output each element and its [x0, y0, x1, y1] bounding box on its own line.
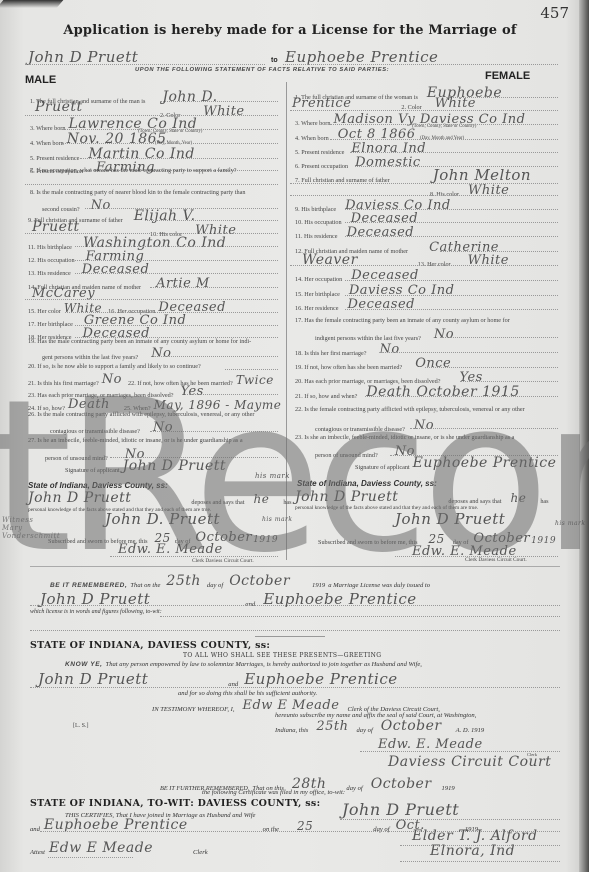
header-to-label: to	[271, 57, 278, 64]
male-witness-note: Witness Mary Vonderschmitt	[2, 516, 28, 540]
certificate-attest-signature: Edw E Meade	[49, 840, 153, 856]
remembered-day: 25th	[166, 573, 200, 589]
male-clerk-label: Clerk Daviess Circuit Court.	[192, 558, 254, 564]
female-q2-value: White	[435, 96, 476, 111]
male-q2-value: White	[203, 104, 244, 119]
female-affiant-signature: John D Pruett	[395, 510, 505, 528]
license-court-signature: Daviess Circuit Court	[388, 754, 551, 770]
female-q5-value: Elnora Ind	[351, 141, 426, 156]
male-label: MALE	[25, 74, 56, 86]
page-number: 457	[540, 4, 569, 22]
female-q11-label: 11. His residence	[295, 233, 338, 240]
female-q17-label: 17. Has the female contracting party bee…	[295, 317, 510, 324]
male-affiant: John D Pruett	[28, 490, 131, 506]
male-clerk-signature: Edw. E. Meade	[118, 542, 223, 557]
female-q23-label: 23. Is she an imbecile, feeble-minded, i…	[295, 434, 514, 441]
male-q7-label: 7. If no occupation, what means has the …	[30, 167, 237, 174]
document-page: 457 Application is hereby made for a Lic…	[0, 0, 589, 872]
female-q7-value: John Melton	[433, 166, 531, 184]
female-affiant-mark: his mark	[555, 520, 586, 527]
male-q4-value: Nov. 20 1865	[67, 131, 167, 147]
further-day-of: day of	[346, 785, 362, 792]
female-q21-label: 21. If so, how and when?	[295, 393, 357, 400]
remembered-text2: a Marriage License was duly issued to	[328, 582, 430, 589]
license-month: October	[381, 718, 442, 734]
female-q11-value: Deceased	[347, 225, 415, 240]
certificate-state-heading: STATE OF INDIANA, TO-WIT: DAVIESS COUNTY…	[30, 798, 320, 809]
remembered-year: 1919	[312, 582, 325, 589]
male-signature-label: Signature of applicant	[65, 467, 120, 474]
certificate-and: and	[30, 826, 40, 833]
male-q1-first: John D.	[162, 89, 217, 105]
license-clerk-name: Edw E Meade	[242, 698, 339, 713]
license-authority: and for so doing this shall be his suffi…	[178, 690, 317, 697]
male-affidavit-state: State of Indiana, Daviess County, ss:	[28, 481, 168, 490]
female-deposes-label: deposes and says that	[448, 498, 501, 505]
male-affiant-signature: John D. Pruett	[105, 510, 220, 528]
female-q3-label: 3. Where born	[295, 120, 330, 127]
female-q17-value: No	[434, 327, 454, 342]
female-q22-label: 22. Is the female contracting party affl…	[295, 406, 525, 413]
male-q27-label: 27. Is he an imbecile, feeble-minded, id…	[28, 437, 243, 444]
short-rule	[255, 636, 325, 637]
male-q19-label2: gent persons within the last five years?	[42, 354, 138, 361]
further-year: 1919	[442, 785, 455, 792]
female-affidavit-state: State of Indiana, Daviess County, ss:	[297, 479, 437, 488]
male-has-label: has	[283, 499, 291, 506]
male-q19-value: No	[151, 346, 171, 361]
male-q13-value: Deceased	[82, 262, 150, 277]
further-text2: the following Certificate was filed in m…	[202, 789, 345, 796]
male-affiant-mark: his mark	[262, 516, 293, 523]
female-q19-value: Once	[415, 356, 451, 371]
female-clerk-label: Clerk Daviess Circuit Court.	[465, 557, 527, 563]
male-q19-label: 19. Has the male contracting party been …	[28, 338, 251, 345]
license-day: 25th	[316, 719, 348, 734]
male-deposes-value: he	[253, 492, 269, 506]
female-subscribed-year: 1919	[531, 536, 556, 546]
male-q9-first: Elijah V.	[134, 208, 196, 224]
license-indiana-this: Indiana, this	[275, 727, 308, 734]
male-q26-label: 26. Is the male contracting party afflic…	[28, 411, 254, 418]
male-q14-first: Artie M	[156, 276, 210, 291]
female-q22-value: No	[414, 418, 434, 433]
male-q20-label: 20. If so, is he now able to support a f…	[28, 363, 201, 370]
female-q20-value: Yes	[460, 370, 483, 385]
remembered-text1: That on the	[130, 582, 160, 589]
document-title: Application is hereby made for a License…	[0, 23, 580, 38]
female-deposes-value: he	[510, 491, 526, 505]
license-groom: John D Pruett	[38, 670, 148, 688]
female-signature-value: Euphoebe Prentice	[413, 455, 557, 471]
certificate-attest-label: Attest	[30, 849, 45, 856]
book-binding-edge	[579, 0, 589, 872]
male-signature-value: John D Pruett	[123, 458, 226, 474]
female-has-label: has	[540, 498, 548, 505]
female-signature-label: Signature of applicant	[355, 464, 410, 471]
certificate-clerk-label: Clerk	[193, 849, 208, 856]
female-q22-label2: contagious or transmissible disease?	[315, 426, 405, 433]
license-bride: Euphoebe Prentice	[244, 670, 397, 688]
remembered-month: October	[229, 573, 290, 589]
certificate-officiant-place: Elnora, Ind	[430, 843, 515, 859]
male-subscribed-year: 1919	[253, 535, 278, 545]
male-q25-value: May, 1896 - Mayme	[154, 398, 282, 412]
female-q18-value: No	[379, 342, 399, 357]
female-q14-label: 14. Her occupation	[295, 276, 342, 283]
remembered-lead: BE IT REMEMBERED,	[50, 582, 127, 589]
column-divider	[286, 82, 287, 560]
male-signature-mark: his mark	[255, 472, 290, 480]
female-label: FEMALE	[485, 70, 530, 82]
statement-subheading: UPON THE FOLLOWING STATEMENT OF FACTS RE…	[135, 67, 389, 73]
license-greeting: TO ALL WHO SHALL SEE THESE PRESENTS—GREE…	[183, 652, 381, 659]
section-divider	[30, 566, 560, 567]
female-q10-value: Deceased	[351, 211, 419, 226]
license-know-lead: KNOW YE,	[65, 661, 103, 668]
further-month: October	[371, 776, 432, 792]
license-state-heading: STATE OF INDIANA, DAVIESS COUNTY, ss:	[30, 640, 270, 651]
female-affiant: John D Pruett	[295, 489, 398, 505]
male-q26-value: No	[153, 420, 173, 435]
female-q17-label2: indigent persons within the last five ye…	[315, 335, 421, 342]
scan-shadow	[0, 0, 63, 8]
license-day-of: day of	[356, 727, 372, 734]
male-deposes-label: deposes and says that	[191, 499, 244, 506]
male-q1-last: Pruett	[35, 99, 83, 115]
license-testimony-lead: IN TESTIMONY WHEREOF, I,	[152, 706, 234, 713]
license-clerk-signature: Edw. E. Meade	[378, 737, 483, 752]
license-know-text: That any person empowered by law to sole…	[106, 661, 422, 668]
female-subscribed-label: Subscribed and sworn to before me, this	[318, 539, 418, 546]
license-seal: [L. S.]	[73, 723, 89, 729]
remembered-text3: which license is in words and figures fo…	[30, 609, 162, 615]
female-q1-last: Prentice	[292, 96, 351, 111]
remembered-day-of: day of	[207, 582, 223, 589]
female-q21-value: Death October 1915	[366, 384, 519, 400]
male-q22-value: Twice	[236, 373, 274, 387]
certificate-officiant: Elder T. J. Alford	[412, 828, 538, 844]
male-q24-value: Death	[68, 397, 110, 412]
male-q8-label: 8. Is the male contracting party of near…	[30, 189, 245, 196]
female-q16-label: 16. Her residence	[295, 305, 338, 312]
license-ad: A. D. 1919	[456, 727, 485, 734]
male-q26-label2: contagious or transmissible disease?	[50, 428, 140, 435]
